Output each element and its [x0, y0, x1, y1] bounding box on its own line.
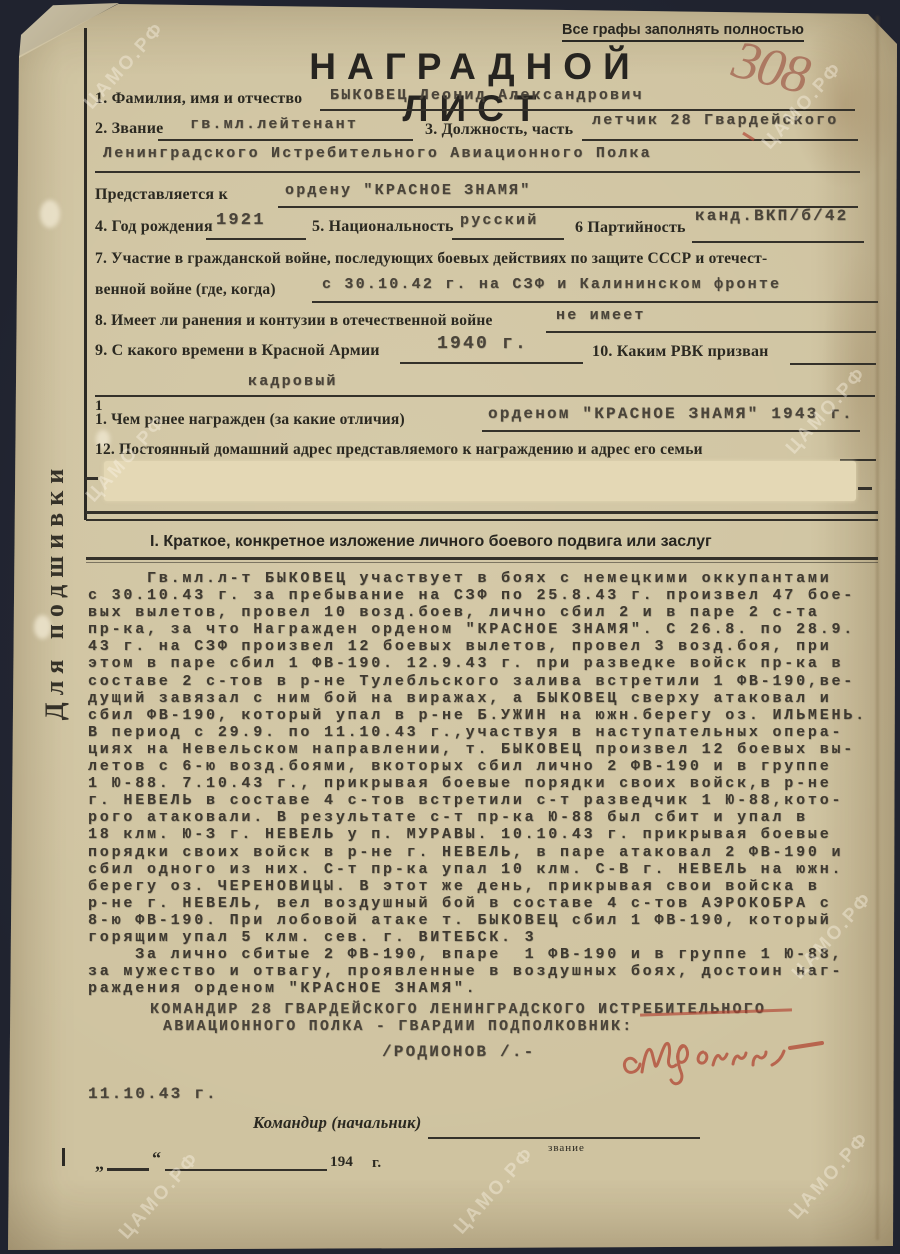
- field3-value-continued: Ленинградского Истребительного Авиационн…: [103, 145, 652, 162]
- field10-label: 10. Каким РВК призван: [592, 343, 769, 361]
- field9-label: 9. С какого времени в Красной Армии: [95, 342, 380, 360]
- stray-mark: [62, 1148, 65, 1166]
- field7-label-line2: венной войне (где, когда): [95, 281, 276, 299]
- field11-label: 1. Чем ранее награжден (за какие отличия…: [95, 411, 405, 429]
- year-prefix: 194: [330, 1154, 353, 1171]
- form-line: [428, 1137, 700, 1139]
- field2-label: 2. Звание: [95, 120, 163, 138]
- field6-value: канд.ВКП/б/42: [695, 207, 848, 225]
- form-line: [158, 139, 413, 141]
- rank-caption: звание: [548, 1142, 585, 1154]
- form-line: [95, 395, 875, 397]
- field4-value: 1921: [216, 211, 266, 230]
- binding-margin-text: Для подшивки: [40, 393, 72, 789]
- form-line: [320, 109, 855, 111]
- form-line: [400, 362, 583, 364]
- field7-label-line1: 7. Участие в гражданской войне, последую…: [95, 250, 767, 268]
- section-rule: [86, 562, 878, 563]
- signature-red-pencil: [618, 1012, 833, 1087]
- commander-title-line2: АВИАЦИОННОГО ПОЛКА - ГВАРДИИ ПОДПОЛКОВНИ…: [163, 1018, 633, 1035]
- form-line: [312, 301, 878, 303]
- date-blank-line: [107, 1168, 149, 1171]
- signoff-date: 11.10.43 г.: [88, 1085, 218, 1103]
- stray-dash: [858, 487, 872, 490]
- open-quote: „: [95, 1153, 104, 1174]
- form-line: [546, 331, 876, 333]
- form-line: [692, 241, 864, 243]
- section-rule: [86, 557, 878, 560]
- field5-label: 5. Национальность: [312, 218, 454, 236]
- close-quote: “: [152, 1148, 161, 1169]
- field4-label: 4. Год рождения: [95, 218, 213, 236]
- field2-value: гв.мл.лейтенант: [190, 116, 358, 133]
- field6-label: 6 Партийность: [575, 219, 686, 237]
- field12-label: 12. Постоянный домашний адрес представля…: [95, 441, 703, 459]
- field10-value: кадровый: [248, 373, 338, 390]
- field1-label: 1. Фамилия, имя и отчество: [95, 90, 302, 108]
- form-line: [452, 238, 564, 240]
- field3-value: летчик 28 Гвардейского: [592, 112, 838, 129]
- field5-value: русский: [460, 212, 538, 229]
- paper-blemish: [40, 200, 60, 228]
- redacted-address: [104, 461, 856, 501]
- stray-dash: [85, 477, 98, 480]
- date-blank-line: [165, 1169, 327, 1171]
- field8-value: не имеет: [556, 307, 646, 324]
- margin-rule: [84, 28, 87, 520]
- section-rule: [86, 511, 878, 514]
- form-line: [582, 139, 858, 141]
- form-line: [790, 363, 876, 365]
- footer-commander-label: Командир (начальник): [253, 1113, 421, 1133]
- form-line: [206, 238, 306, 240]
- field7-value: с 30.10.42 г. на СЗФ и Калининском фронт…: [322, 276, 781, 293]
- scanned-award-sheet: Для подшивки Все графы заполнять полност…: [0, 0, 900, 1254]
- field11-value: орденом "КРАСНОЕ ЗНАМЯ" 1943 г.: [488, 405, 854, 423]
- citation-text: Гв.мл.л-т БЫКОВЕЦ участвует в боях с нем…: [88, 570, 867, 997]
- year-suffix: г.: [372, 1155, 381, 1172]
- paper-crease: [876, 16, 879, 1240]
- commander-name: /РОДИОНОВ /.-: [382, 1043, 535, 1061]
- section1-heading: I. Краткое, конкретное изложение личного…: [150, 533, 712, 551]
- form-line: [95, 171, 860, 173]
- field8-label: 8. Имеет ли ранения и контузии в отечест…: [95, 312, 493, 330]
- field9-value: 1940 г.: [437, 334, 528, 354]
- presented-for-label: Представляется к: [95, 186, 228, 204]
- form-line: [482, 430, 860, 432]
- section-rule: [86, 519, 878, 521]
- presented-for-value: ордену "КРАСНОЕ ЗНАМЯ": [285, 182, 531, 199]
- field3-label: 3. Должность, часть: [425, 121, 573, 139]
- field1-value: БЫКОВЕЦ Леонид Александрович: [330, 87, 644, 104]
